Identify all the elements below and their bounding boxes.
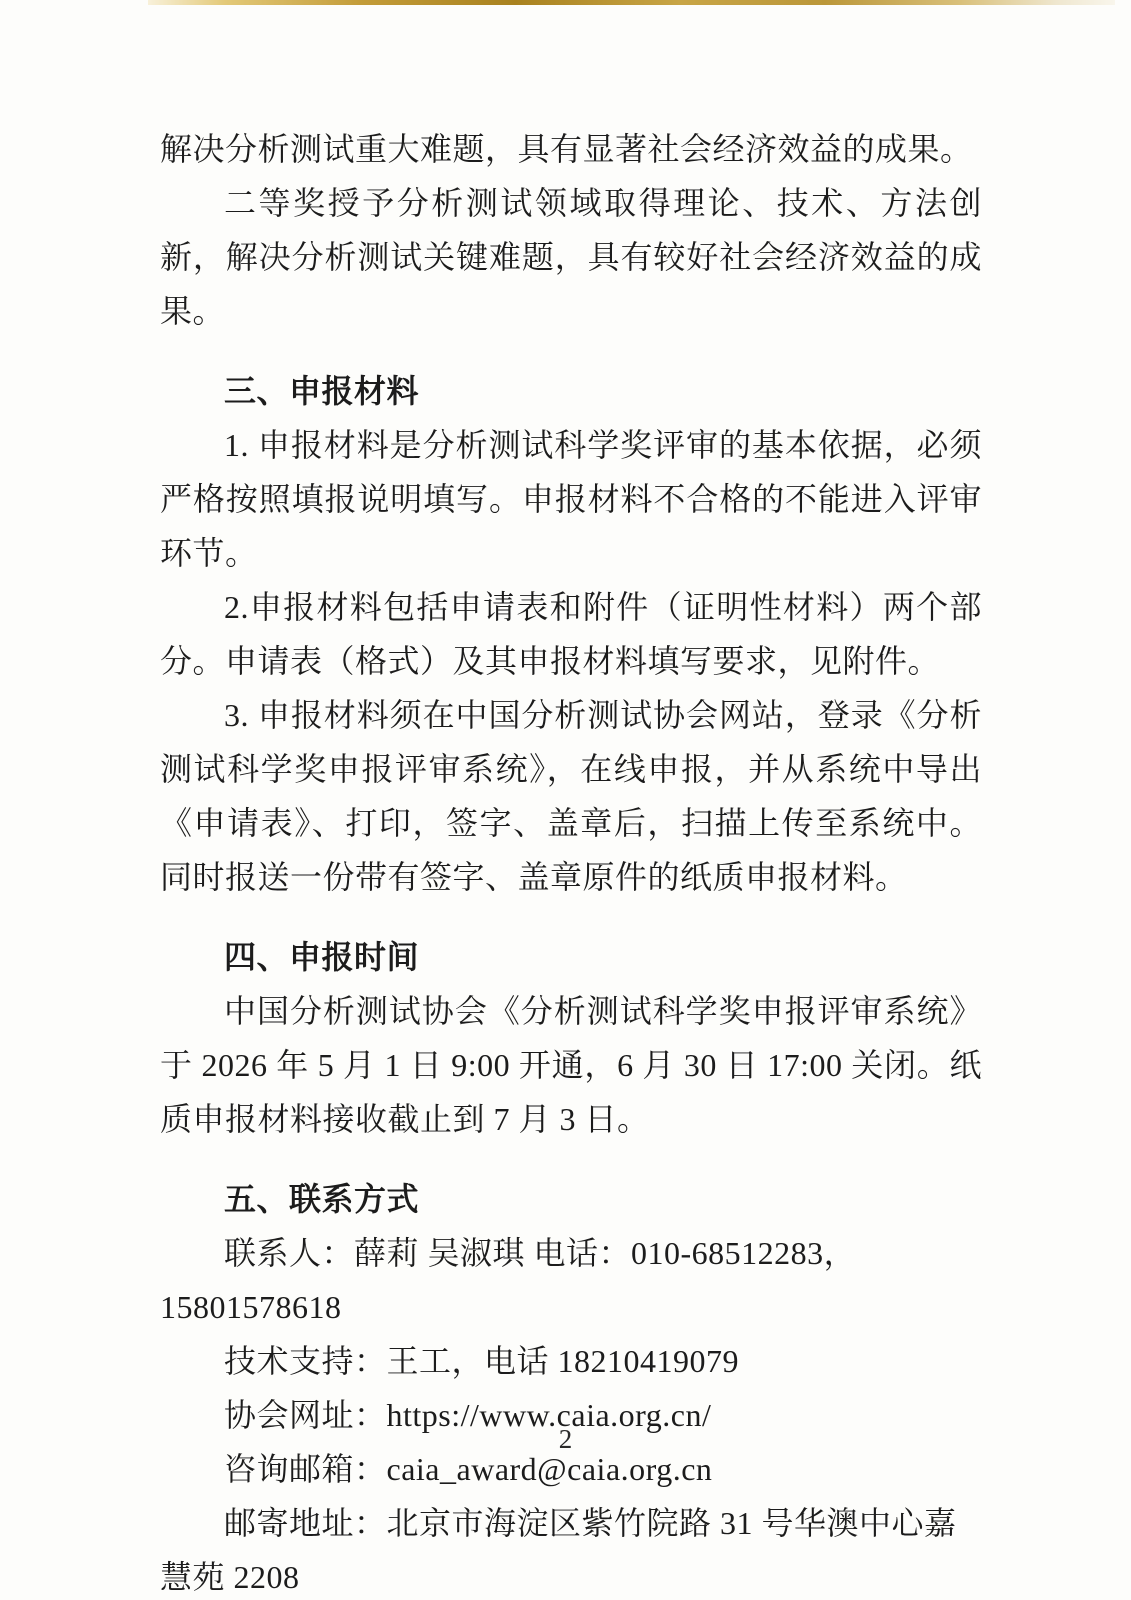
page-number: 2	[559, 1424, 573, 1454]
contact-line-tech-support: 技术支持：王工，电话 18210419079	[160, 1334, 982, 1388]
contact-line-mailing-address: 邮寄地址：北京市海淀区紫竹院路 31 号华澳中心嘉慧苑 2208	[160, 1496, 982, 1600]
heading-section-5-contact-info: 五、联系方式	[160, 1172, 982, 1226]
heading-section-3-application-materials: 三、申报材料	[160, 364, 982, 418]
para-materials-item-2: 2.申报材料包括申请表和附件（证明性材料）两个部分。申请表（格式）及其申报材料填…	[160, 580, 982, 688]
heading-section-4-application-time: 四、申报时间	[160, 930, 982, 984]
scanned-document-page: 解决分析测试重大难题，具有显著社会经济效益的成果。 二等奖授予分析测试领域取得理…	[0, 0, 1131, 1600]
para-application-time: 中国分析测试协会《分析测试科学奖申报评审系统》于 2026 年 5 月 1 日 …	[160, 984, 982, 1146]
document-body: 解决分析测试重大难题，具有显著社会经济效益的成果。 二等奖授予分析测试领域取得理…	[160, 122, 982, 1600]
contact-line-persons-phone: 联系人：薛莉 吴淑琪 电话：010-68512283，15801578618	[160, 1226, 982, 1334]
para-materials-item-3: 3. 申报材料须在中国分析测试协会网站，登录《分析测试科学奖申报评审系统》，在线…	[160, 688, 982, 904]
page-footer: 2	[0, 1424, 1131, 1455]
para-second-prize-criteria: 二等奖授予分析测试领域取得理论、技术、方法创新，解决分析测试关键难题，具有较好社…	[160, 176, 982, 338]
scan-top-border	[148, 0, 1115, 5]
para-materials-item-1: 1. 申报材料是分析测试科学奖评审的基本依据，必须严格按照填报说明填写。申报材料…	[160, 418, 982, 580]
para-first-prize-criteria-continuation: 解决分析测试重大难题，具有显著社会经济效益的成果。	[160, 122, 982, 176]
